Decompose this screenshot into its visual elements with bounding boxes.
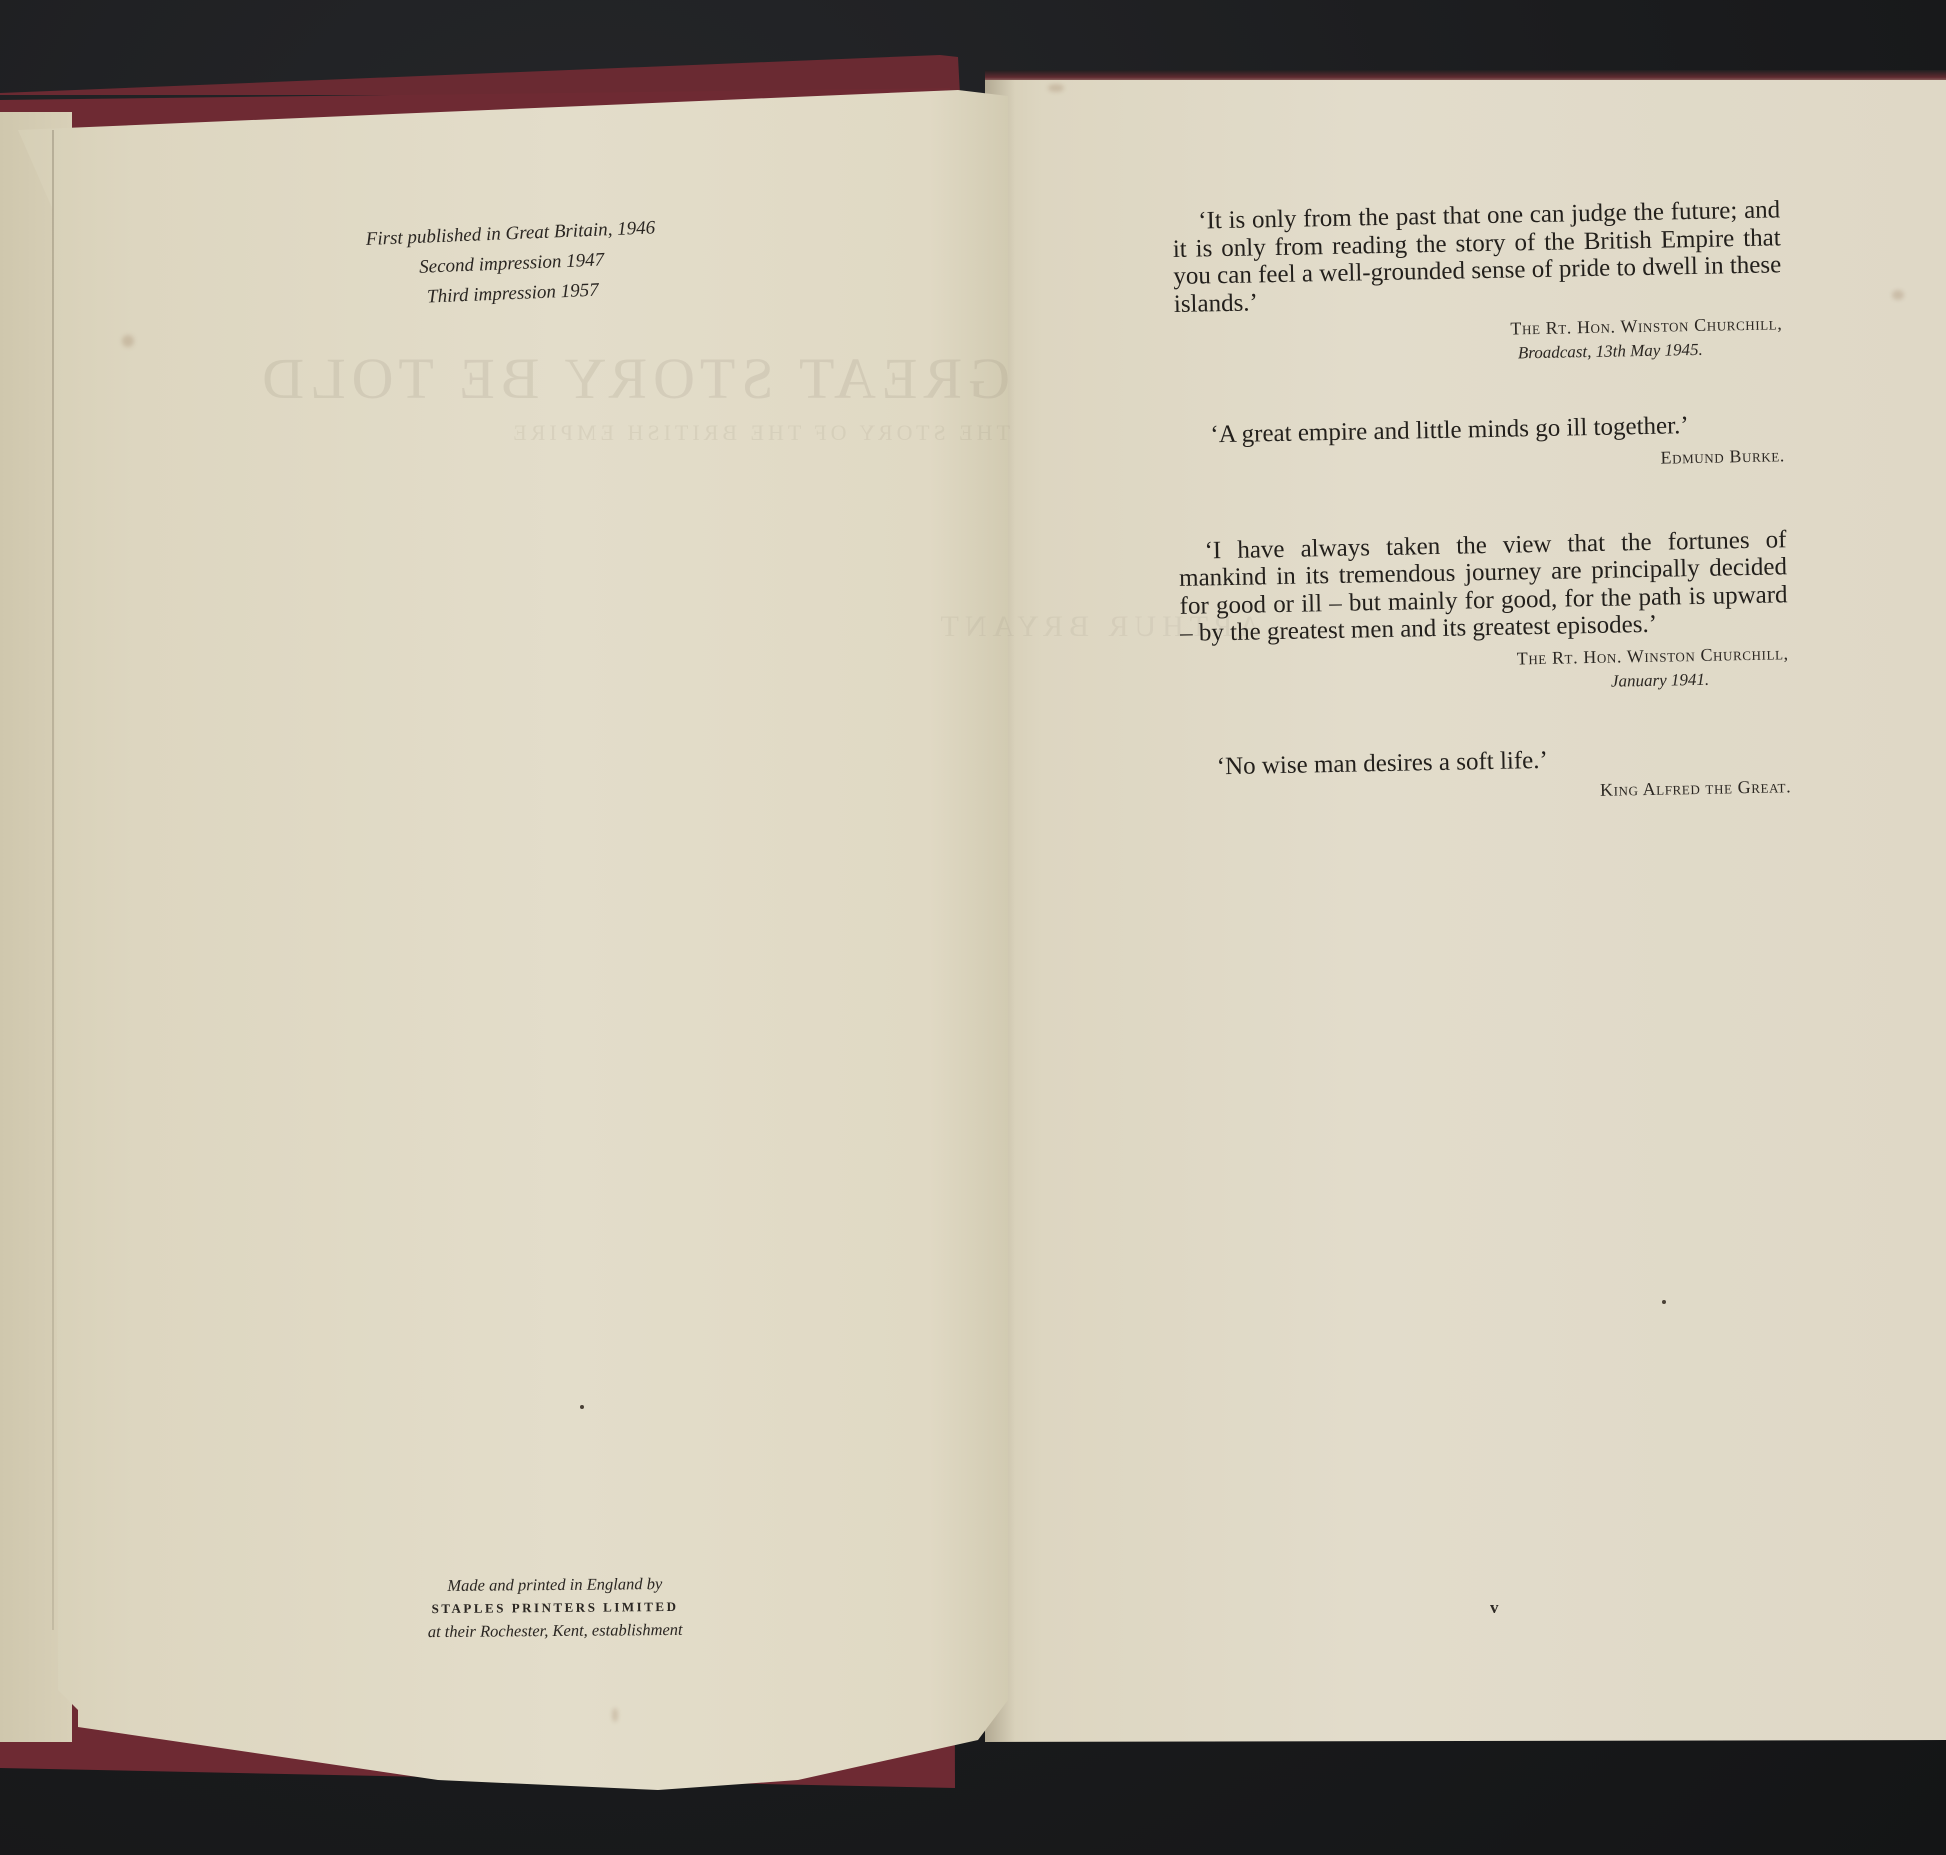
page-crease [52, 130, 54, 1630]
printer-colophon: Made and printed in England by STAPLES P… [395, 1572, 716, 1644]
imprint-block: First published in Great Britain, 1946 S… [340, 212, 683, 316]
paper-speck [1662, 1300, 1666, 1304]
foxing-spot [1048, 84, 1064, 92]
foxing-spot [612, 1708, 618, 1722]
epigraph-1: ‘It is only from the past that one can j… [1172, 196, 1783, 372]
foxing-spot [122, 335, 134, 347]
printer-name: STAPLES PRINTERS LIMITED [395, 1595, 715, 1621]
page-number: v [1490, 1598, 1499, 1618]
epigraph-2: ‘A great empire and little minds go ill … [1176, 410, 1785, 479]
show-through-author: ARTHUR BRYANT [360, 610, 1260, 644]
printer-line-3: at their Rochester, Kent, establishment [395, 1618, 715, 1644]
quote-text: ‘I have always taken the view that the f… [1178, 526, 1788, 648]
paper-speck [580, 1405, 584, 1409]
show-through-subtitle: THE STORY OF THE BRITISH EMPIRE [110, 420, 1010, 446]
foxing-spot [1892, 290, 1904, 300]
epigraphs: ‘It is only from the past that one can j… [1172, 196, 1791, 811]
printer-line-1: Made and printed in England by [395, 1572, 715, 1598]
quote-text: ‘It is only from the past that one can j… [1172, 196, 1782, 318]
epigraph-4: ‘No wise man desires a soft life.’ King … [1182, 742, 1791, 811]
show-through-title: GREAT STORY BE TOLD [110, 345, 1010, 412]
epigraph-3: ‘I have always taken the view that the f… [1178, 526, 1789, 702]
